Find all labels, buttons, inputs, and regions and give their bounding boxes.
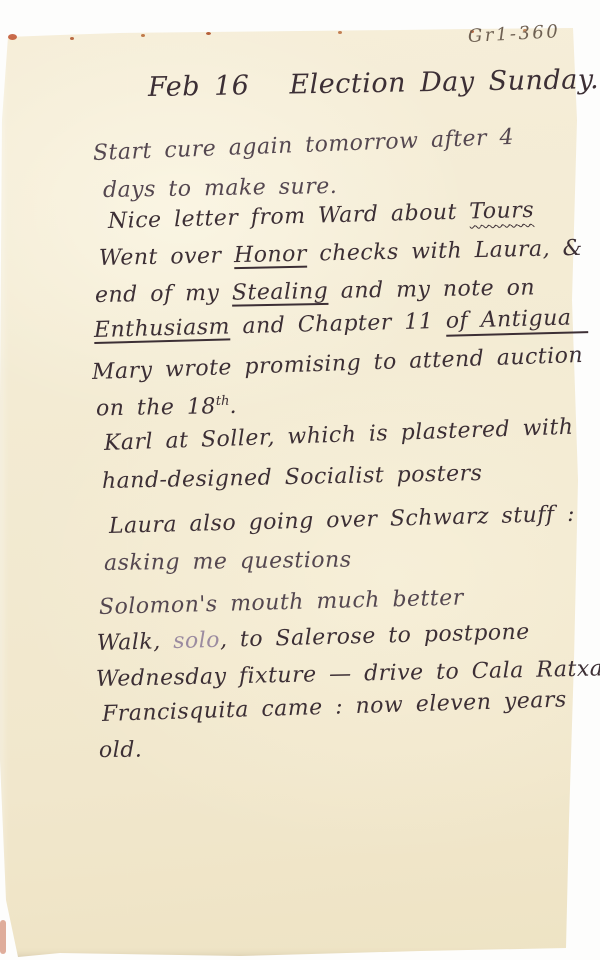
foxing-spot [338, 31, 342, 34]
text-segment: on the 18 [96, 394, 216, 421]
text-segment: . [229, 394, 237, 419]
underlined-word: Stealing [232, 279, 329, 306]
text-segment: Went over [99, 243, 235, 271]
text-segment: end of my [95, 281, 232, 308]
entry-date: Feb 16 [148, 70, 250, 103]
underlined-word: Tours [469, 198, 534, 225]
text-segment: days to make sure. [103, 174, 338, 203]
diary-line: old. [99, 738, 143, 763]
ordinal-suffix: th [216, 394, 230, 409]
foxing-spot [8, 34, 17, 40]
underlined-word: Honor [234, 242, 307, 269]
faint-word: solo [173, 628, 220, 654]
entry-title-text: Election Day Sunday. [289, 64, 599, 100]
diary-line: days to make sure. [103, 174, 338, 203]
text-segment: asking me questions [104, 548, 352, 576]
text-segment: and my note on [328, 275, 535, 304]
diary-line: on the 18th. [96, 394, 237, 422]
foxing-spot [141, 34, 145, 37]
foxing-spot [206, 32, 211, 35]
foxing-spot [70, 37, 74, 40]
text-segment: Walk, [97, 629, 174, 656]
diary-line: asking me questions [104, 548, 352, 576]
foxing-spot [0, 920, 6, 954]
underlined-word: of Antigua [445, 305, 587, 337]
text-segment: old. [99, 738, 143, 763]
underlined-word: Enthusiasm [94, 314, 231, 343]
